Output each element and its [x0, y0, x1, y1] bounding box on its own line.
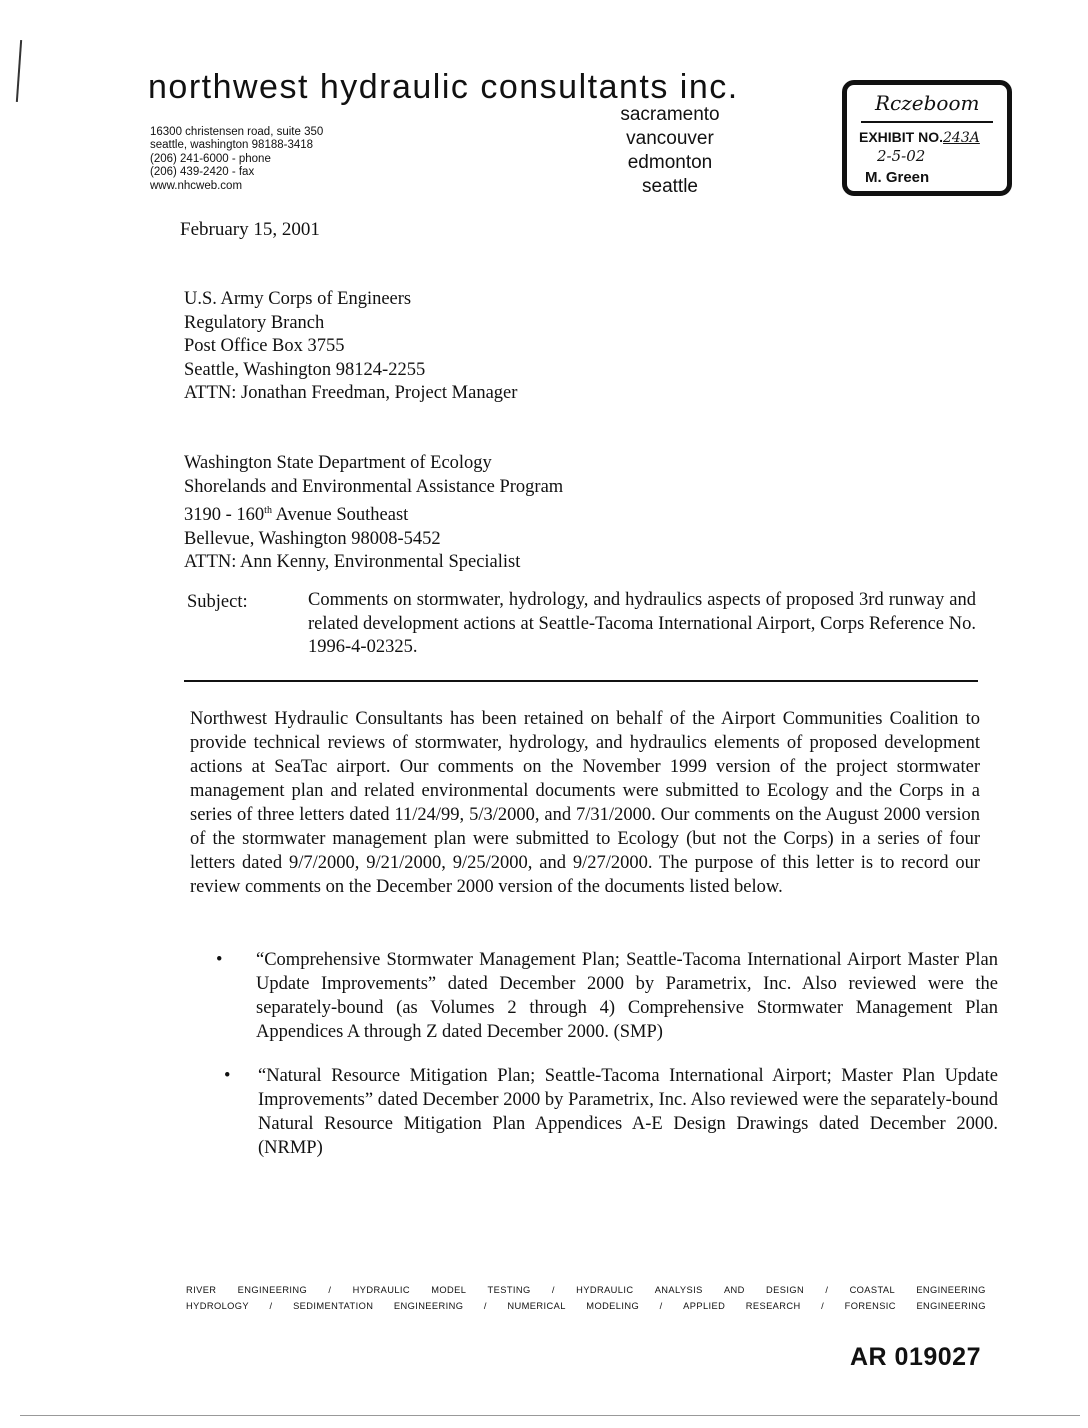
body-paragraph: Northwest Hydraulic Consultants has been… — [190, 707, 980, 899]
subject-divider — [184, 680, 978, 682]
address-line: seattle, washington 98188-3418 — [150, 139, 323, 152]
list-item: • “Natural Resource Mitigation Plan; Sea… — [224, 1064, 998, 1160]
attn-line: ATTN: Jonathan Freedman, Project Manager — [184, 382, 517, 406]
website-line: www.nhcweb.com — [150, 180, 323, 193]
service-word: MODELING — [586, 1298, 639, 1314]
service-word: AND — [724, 1282, 745, 1298]
service-word: APPLIED — [683, 1298, 725, 1314]
service-word: RESEARCH — [746, 1298, 801, 1314]
address-line: Seattle, Washington 98124-2255 — [184, 359, 517, 383]
service-word: ENGINEERING — [916, 1298, 986, 1314]
stamp-reporter: M. Green — [865, 169, 929, 186]
address-line: Shorelands and Environmental Assistance … — [184, 476, 563, 500]
address-line: Bellevue, Washington 98008-5452 — [184, 528, 563, 552]
footer-services: RIVERENGINEERING/HYDRAULICMODELTESTING/H… — [186, 1282, 986, 1314]
service-word: / — [328, 1282, 331, 1298]
service-word: NUMERICAL — [507, 1298, 565, 1314]
stamp-date: 2-5-02 — [877, 147, 925, 165]
service-word: / — [821, 1298, 824, 1314]
address-line: U.S. Army Corps of Engineers — [184, 288, 517, 312]
recipient-address-corps: U.S. Army Corps of Engineers Regulatory … — [184, 288, 517, 406]
services-row: HYDROLOGY/SEDIMENTATIONENGINEERING/NUMER… — [186, 1298, 986, 1314]
office-locations: sacramento vancouver edmonton seattle — [590, 103, 750, 199]
subject-text: Comments on stormwater, hydrology, and h… — [308, 589, 976, 660]
services-row: RIVERENGINEERING/HYDRAULICMODELTESTING/H… — [186, 1282, 986, 1298]
subject-label: Subject: — [187, 592, 248, 613]
service-word: FORENSIC — [845, 1298, 896, 1314]
bullet-icon: • — [216, 948, 222, 972]
service-word: ENGINEERING — [238, 1282, 308, 1298]
service-word: / — [552, 1282, 555, 1298]
address-line: Regulatory Branch — [184, 312, 517, 336]
stamp-signature: Rczeboom — [875, 91, 979, 115]
service-word: RIVER — [186, 1282, 216, 1298]
reviewed-documents-list: • “Comprehensive Stormwater Management P… — [216, 948, 998, 1160]
service-word: SEDIMENTATION — [293, 1298, 373, 1314]
address-line: 3190 - 160th Avenue Southeast — [184, 499, 563, 528]
office-item: sacramento — [590, 103, 750, 127]
office-item: vancouver — [590, 127, 750, 151]
letter-date: February 15, 2001 — [180, 219, 320, 241]
recipient-address-ecology: Washington State Department of Ecology S… — [184, 452, 563, 575]
record-number: AR 019027 — [850, 1343, 981, 1372]
list-item-text: “Comprehensive Stormwater Management Pla… — [256, 950, 998, 1042]
service-word: / — [660, 1298, 663, 1314]
stamp-signature-line — [861, 121, 993, 123]
exhibit-stamp: Rczeboom EXHIBIT NO.243A 2-5-02 M. Green — [842, 80, 1012, 196]
address-line: Post Office Box 3755 — [184, 335, 517, 359]
company-address: 16300 christensen road, suite 350 seattl… — [150, 126, 323, 193]
office-item: seattle — [590, 175, 750, 199]
scan-bottom-edge — [20, 1415, 1080, 1416]
exhibit-number: 243A — [943, 130, 980, 146]
attn-line: ATTN: Ann Kenny, Environmental Specialis… — [184, 551, 563, 575]
address-line: Washington State Department of Ecology — [184, 452, 563, 476]
list-item-text: “Natural Resource Mitigation Plan; Seatt… — [258, 1066, 998, 1158]
service-word: / — [825, 1282, 828, 1298]
service-word: COASTAL — [850, 1282, 896, 1298]
service-word: ANALYSIS — [655, 1282, 703, 1298]
phone-line: (206) 241-6000 - phone — [150, 153, 323, 166]
list-item: • “Comprehensive Stormwater Management P… — [216, 948, 998, 1044]
service-word: MODEL — [431, 1282, 466, 1298]
service-word: ENGINEERING — [916, 1282, 986, 1298]
exhibit-label: EXHIBIT NO. — [859, 129, 943, 145]
company-name: northwest hydraulic consultants inc. — [148, 68, 739, 107]
service-word: HYDROLOGY — [186, 1298, 249, 1314]
service-word: DESIGN — [766, 1282, 804, 1298]
bullet-icon: • — [224, 1064, 230, 1088]
service-word: HYDRAULIC — [576, 1282, 633, 1298]
address-line: 16300 christensen road, suite 350 — [150, 126, 323, 139]
office-item: edmonton — [590, 151, 750, 175]
scan-margin-mark — [16, 40, 22, 102]
service-word: HYDRAULIC — [353, 1282, 410, 1298]
stamp-exhibit-number: EXHIBIT NO.243A — [859, 129, 980, 146]
service-word: TESTING — [488, 1282, 531, 1298]
service-word: ENGINEERING — [394, 1298, 464, 1314]
service-word: / — [484, 1298, 487, 1314]
fax-line: (206) 439-2420 - fax — [150, 166, 323, 179]
service-word: / — [270, 1298, 273, 1314]
